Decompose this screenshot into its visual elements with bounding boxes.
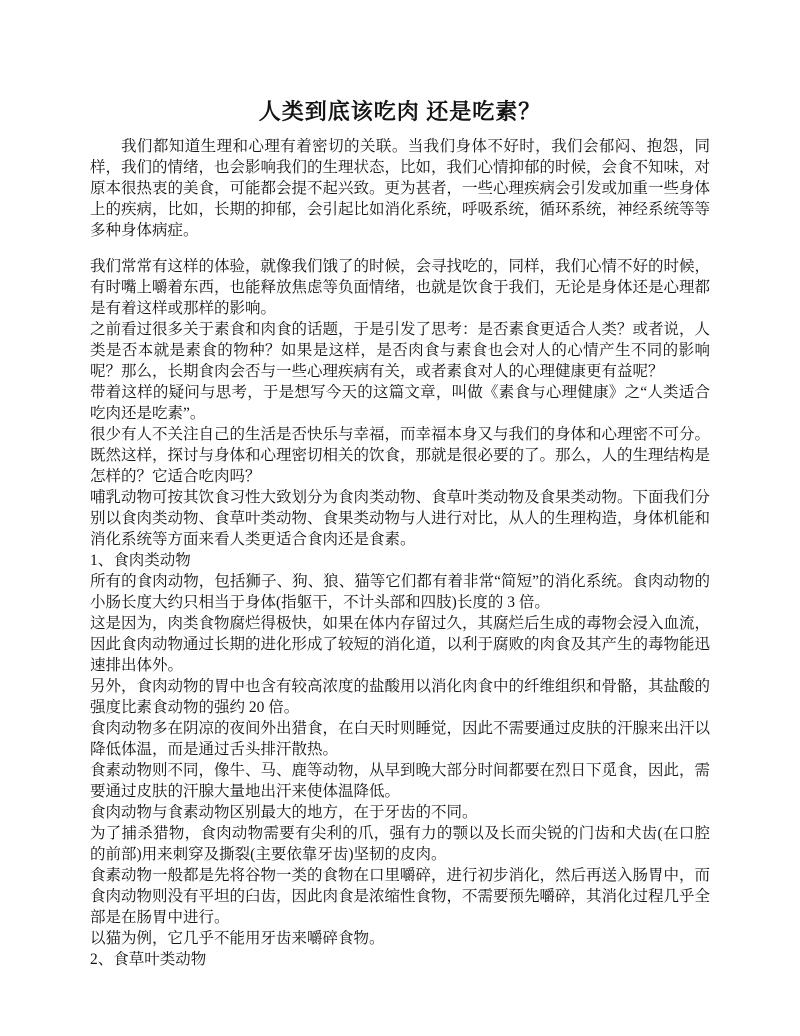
paragraph: 另外，食肉动物的胃中也含有较高浓度的盐酸用以消化肉食中的纤维组织和骨骼，其盐酸的… bbox=[90, 676, 710, 718]
section-heading-herbivores: 2、食草叶类动物 bbox=[90, 949, 710, 970]
paragraph: 食肉动物与食素动物区别最大的地方，在于牙齿的不同。 bbox=[90, 802, 710, 823]
paragraph: 所有的食肉动物，包括狮子、狗、狼、猫等它们都有着非常“简短”的消化系统。食肉动物… bbox=[90, 571, 710, 613]
paragraph: 带着这样的疑问与思考，于是想写今天的这篇文章，叫做《素食与心理健康》之“人类适合… bbox=[90, 382, 710, 424]
paragraph: 为了捕杀猎物，食肉动物需要有尖利的爪，强有力的颚以及长而尖锐的门齿和犬齿(在口腔… bbox=[90, 823, 710, 865]
document-page: 人类到底该吃肉 还是吃素？ 我们都知道生理和心理有着密切的关联。当我们身体不好时… bbox=[0, 0, 800, 1036]
paragraph: 之前看过很多关于素食和肉食的话题，于是引发了思考：是否素食更适合人类？或者说，人… bbox=[90, 319, 710, 382]
document-content: 人类到底该吃肉 还是吃素？ 我们都知道生理和心理有着密切的关联。当我们身体不好时… bbox=[90, 97, 710, 970]
section-heading-carnivores: 1、食肉类动物 bbox=[90, 550, 710, 571]
paragraph: 哺乳动物可按其饮食习性大致划分为食肉类动物、食草叶类动物及食果类动物。下面我们分… bbox=[90, 487, 710, 550]
paragraph: 食肉动物多在阴凉的夜间外出猎食，在白天时则睡觉，因此不需要通过皮肤的汗腺来出汗以… bbox=[90, 718, 710, 760]
paragraph-intro: 我们都知道生理和心理有着密切的关联。当我们身体不好时，我们会郁闷、抱怨，同样，我… bbox=[90, 136, 710, 241]
paragraph: 很少有人不关注自己的生活是否快乐与幸福，而幸福本身又与我们的身体和心理密不可分。… bbox=[90, 424, 710, 487]
paragraph: 以猫为例，它几乎不能用牙齿来嚼碎食物。 bbox=[90, 928, 710, 949]
paragraph: 食素动物则不同，像牛、马、鹿等动物，从早到晚大部分时间都要在烈日下觅食，因此，需… bbox=[90, 760, 710, 802]
paragraph: 食素动物一般都是先将谷物一类的食物在口里嚼碎，进行初步消化，然后再送入肠胃中，而… bbox=[90, 865, 710, 928]
paragraph: 这是因为，肉类食物腐烂得极快，如果在体内存留过久，其腐烂后生成的毒物会浸入血流，… bbox=[90, 613, 710, 676]
paragraph: 我们常常有这样的体验，就像我们饿了的时候，会寻找吃的，同样，我们心情不好的时候，… bbox=[90, 256, 710, 319]
document-title: 人类到底该吃肉 还是吃素？ bbox=[90, 97, 710, 127]
